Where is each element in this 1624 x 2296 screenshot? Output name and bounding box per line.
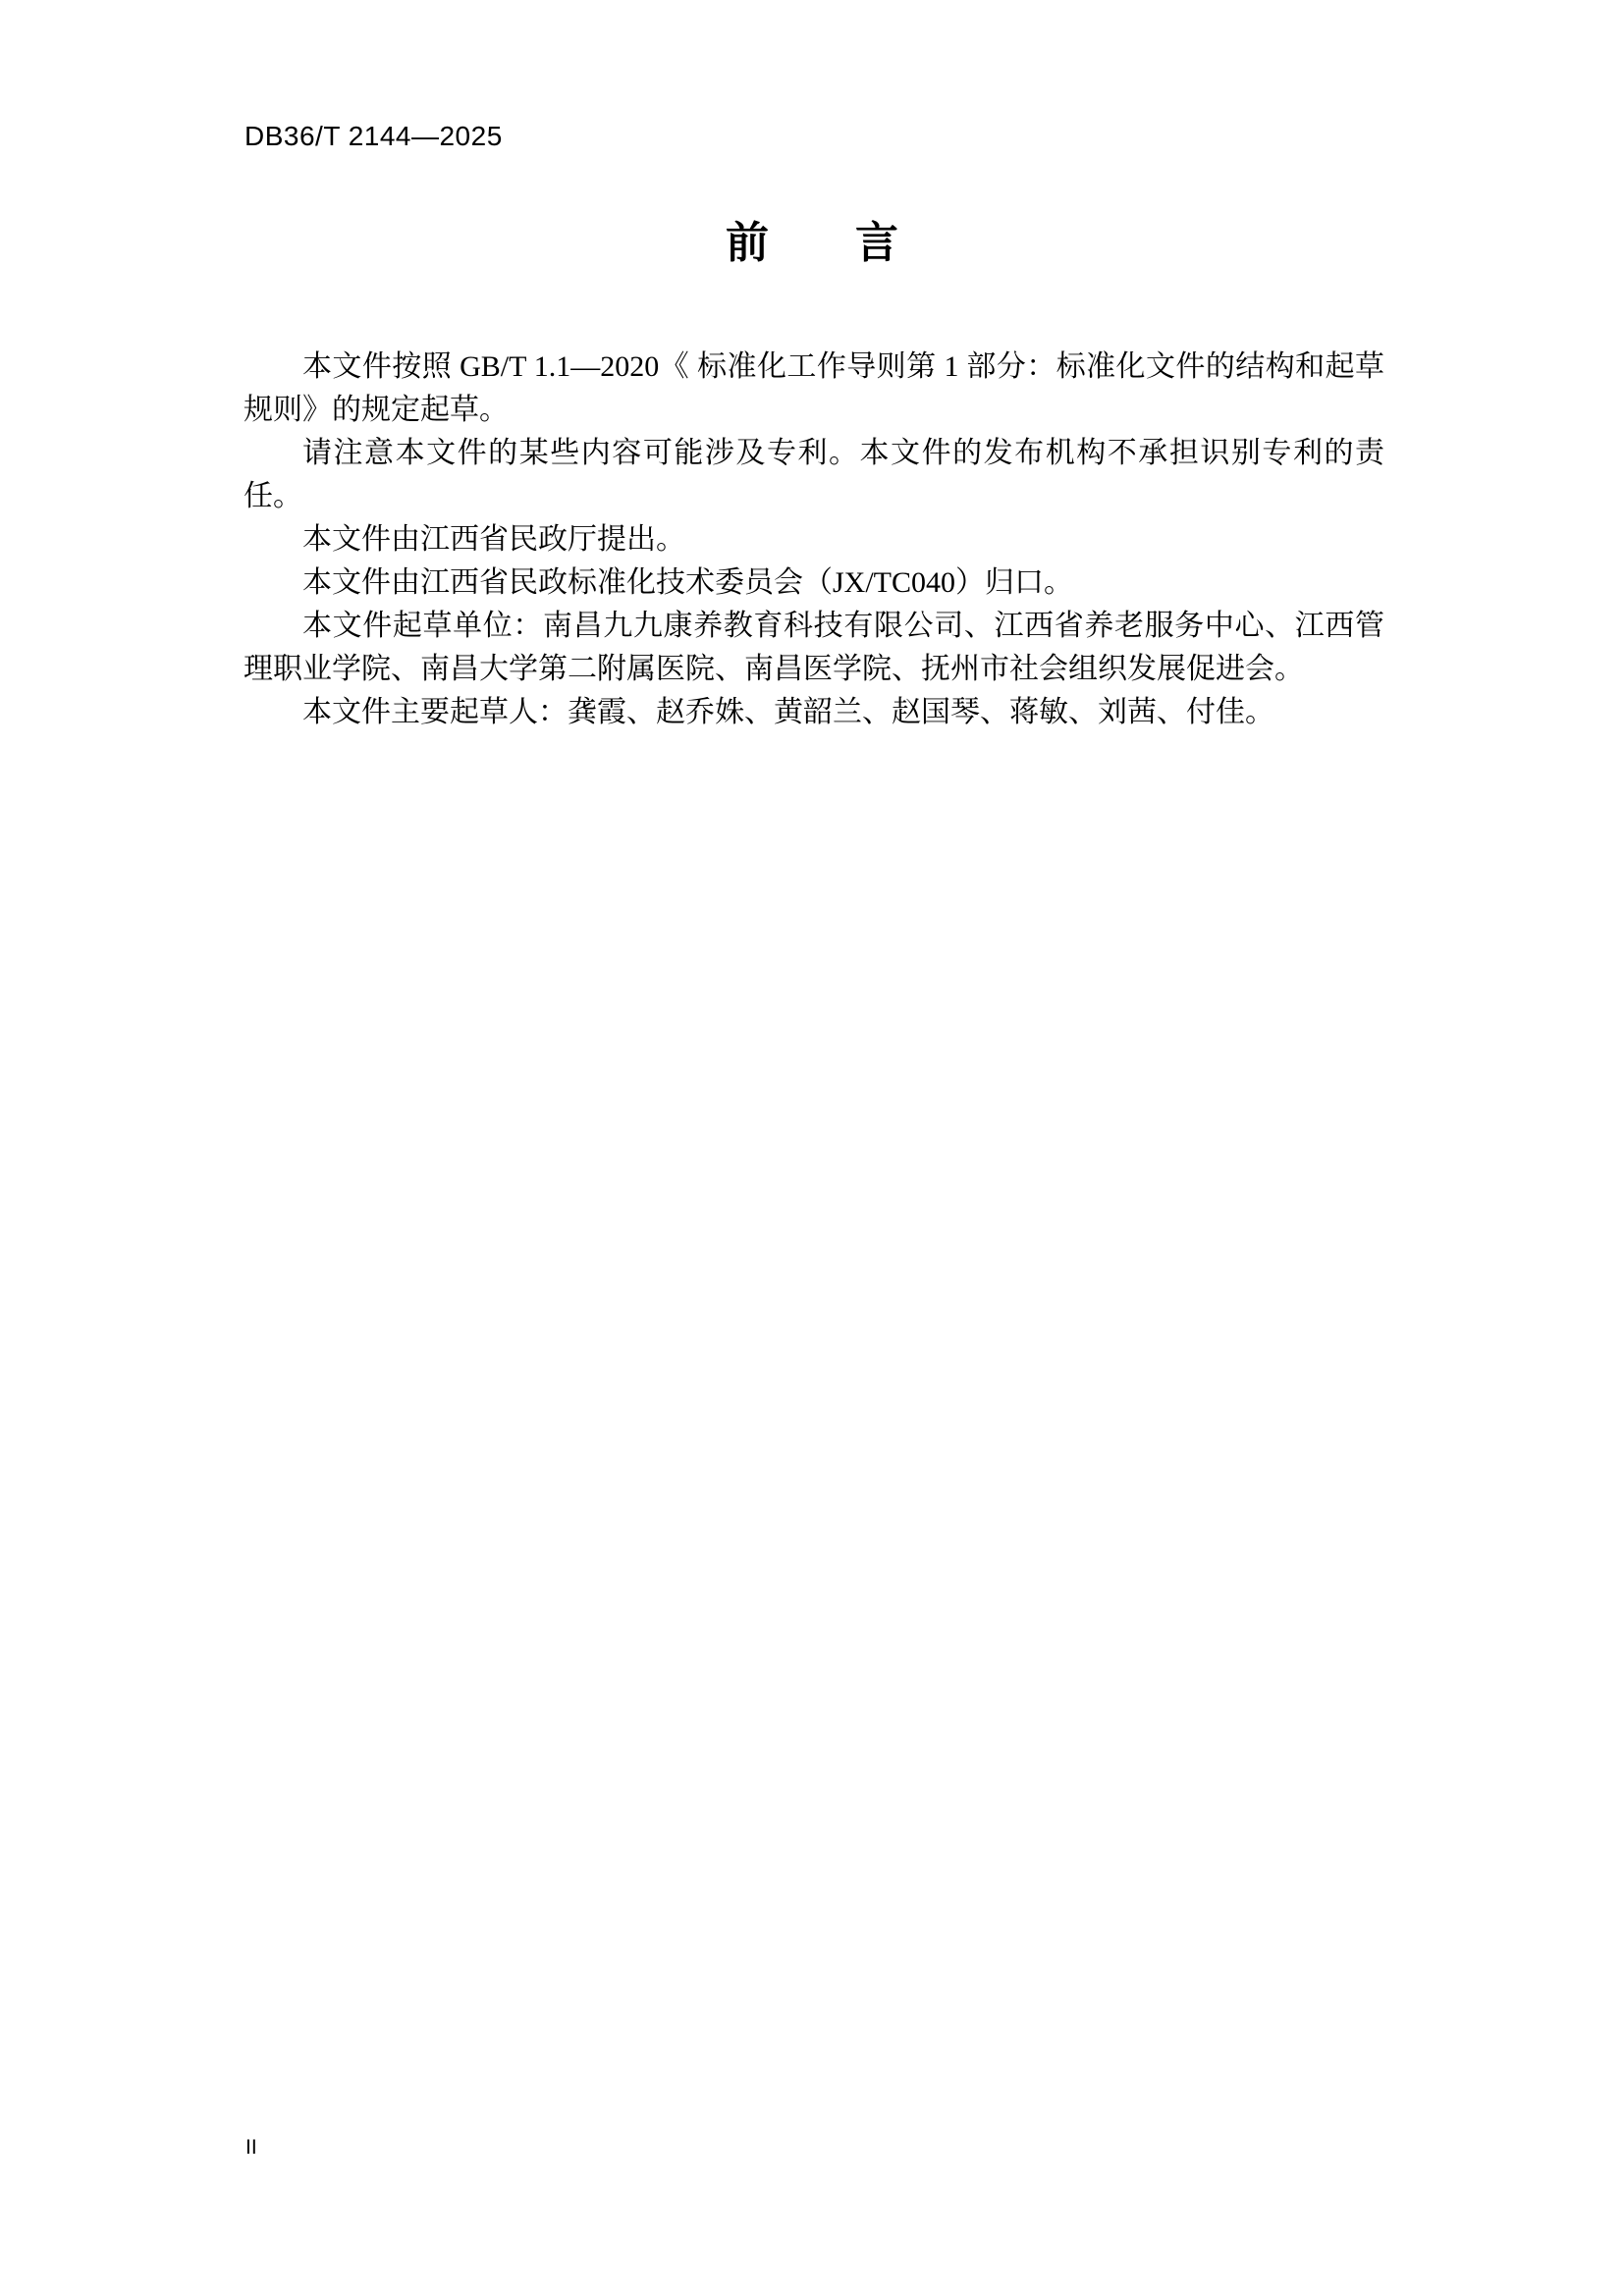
- foreword-paragraph: 本文件由江西省民政标准化技术委员会（JX/TC040）归口。: [244, 561, 1384, 605]
- page-number: II: [245, 2135, 257, 2160]
- foreword-body: 本文件按照 GB/T 1.1—2020《 标准化工作导则第 1 部分：标准化文件…: [244, 346, 1384, 734]
- foreword-paragraph: 本文件由江西省民政厅提出。: [244, 518, 1384, 561]
- standard-doc-code: DB36/T 2144—2025: [244, 120, 503, 153]
- foreword-paragraph: 本文件主要起草人：龚霞、赵乔姝、黄韶兰、赵国琴、蒋敏、刘茜、付佳。: [244, 691, 1384, 734]
- foreword-title: 前 言: [0, 218, 1624, 269]
- foreword-paragraph: 本文件起草单位：南昌九九康养教育科技有限公司、江西省养老服务中心、江西管理职业学…: [244, 605, 1384, 691]
- foreword-paragraph: 本文件按照 GB/T 1.1—2020《 标准化工作导则第 1 部分：标准化文件…: [244, 346, 1384, 432]
- foreword-paragraph: 请注意本文件的某些内容可能涉及专利。本文件的发布机构不承担识别专利的责任。: [244, 432, 1384, 518]
- document-page: DB36/T 2144—2025 前 言 本文件按照 GB/T 1.1—2020…: [0, 0, 1624, 2296]
